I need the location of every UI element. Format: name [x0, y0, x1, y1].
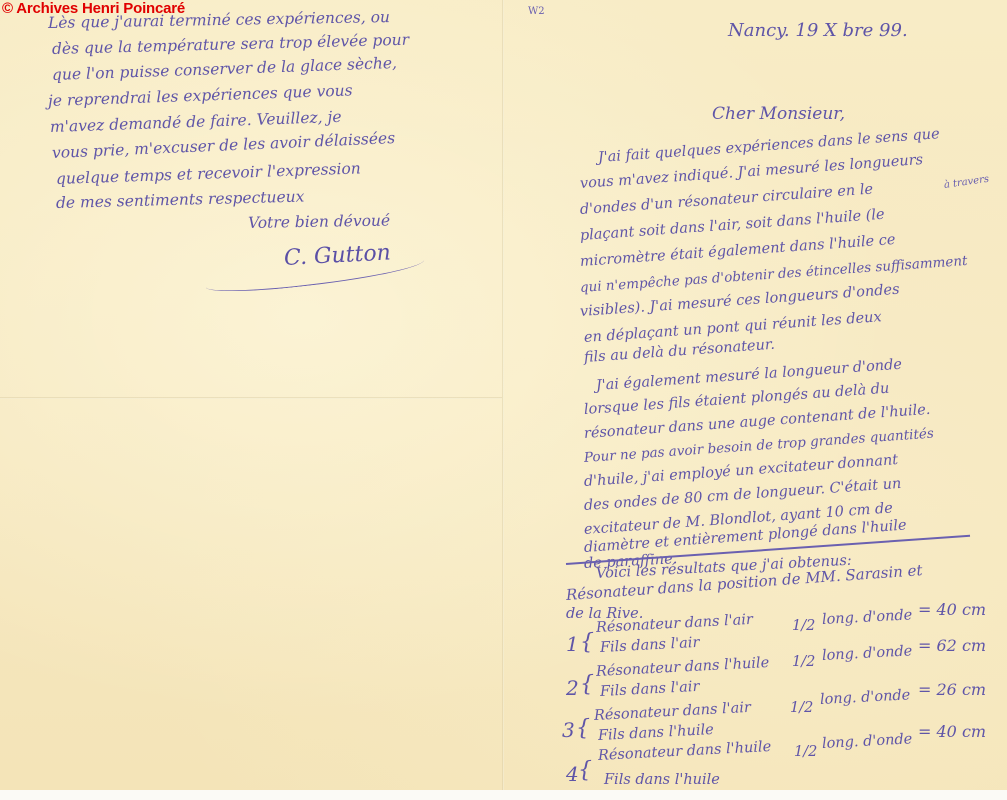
brace: {	[578, 758, 592, 783]
result-label: long. d'onde	[822, 731, 913, 752]
result-line2: Fils dans l'air	[600, 635, 700, 656]
left-line: quelque temps et recevoir l'expression	[56, 159, 361, 188]
scan-margin	[0, 790, 1007, 800]
result-fraction: 1/2	[792, 618, 815, 634]
left-line: dès que la température sera trop élevée …	[52, 31, 410, 58]
result-fraction: 1/2	[792, 654, 815, 670]
result-label: long. d'onde	[822, 607, 913, 628]
result-line2: Fils dans l'air	[600, 679, 700, 700]
result-line2: Fils dans l'huile	[604, 772, 720, 788]
result-number: 2	[566, 676, 579, 700]
margin-annotation: à travers	[943, 174, 989, 191]
brace: {	[580, 630, 594, 655]
result-fraction: 1/2	[794, 744, 817, 760]
center-fold	[502, 0, 504, 792]
left-line: que l'on puisse conserver de la glace sè…	[52, 54, 397, 84]
result-value: = 40 cm	[918, 600, 986, 619]
result-value: = 40 cm	[918, 722, 986, 741]
left-line: de mes sentiments respectueux	[56, 187, 305, 211]
result-number: 4	[566, 762, 579, 786]
result-line1: Résonateur dans l'air	[594, 700, 752, 724]
dateline: Nancy. 19 X bre 99.	[728, 20, 908, 41]
left-line: je reprendrai les expériences que vous	[48, 81, 353, 110]
result-number: 1	[566, 632, 579, 656]
brace: {	[580, 672, 594, 697]
result-label: long. d'onde	[820, 687, 911, 708]
brace: {	[576, 716, 590, 741]
salutation: Cher Monsieur,	[712, 104, 845, 124]
result-value: = 26 cm	[918, 680, 986, 699]
result-value: = 62 cm	[918, 636, 986, 655]
result-number: 3	[562, 718, 575, 742]
result-line1: Résonateur dans l'huile	[598, 739, 772, 764]
result-line1: Résonateur dans l'huile	[596, 655, 770, 680]
horizontal-fold	[0, 397, 502, 399]
closing: Votre bien dévoué	[248, 212, 390, 232]
letter-scan: Lès que j'aurai terminé ces expériences,…	[0, 0, 1007, 792]
result-label: long. d'onde	[822, 643, 913, 664]
result-line2: Fils dans l'huile	[598, 722, 715, 744]
archive-mark: W2	[528, 6, 545, 17]
result-fraction: 1/2	[790, 700, 813, 716]
left-line: m'avez demandé de faire. Veuillez, je	[50, 108, 342, 136]
copyright-watermark: © Archives Henri Poincaré	[2, 0, 185, 17]
